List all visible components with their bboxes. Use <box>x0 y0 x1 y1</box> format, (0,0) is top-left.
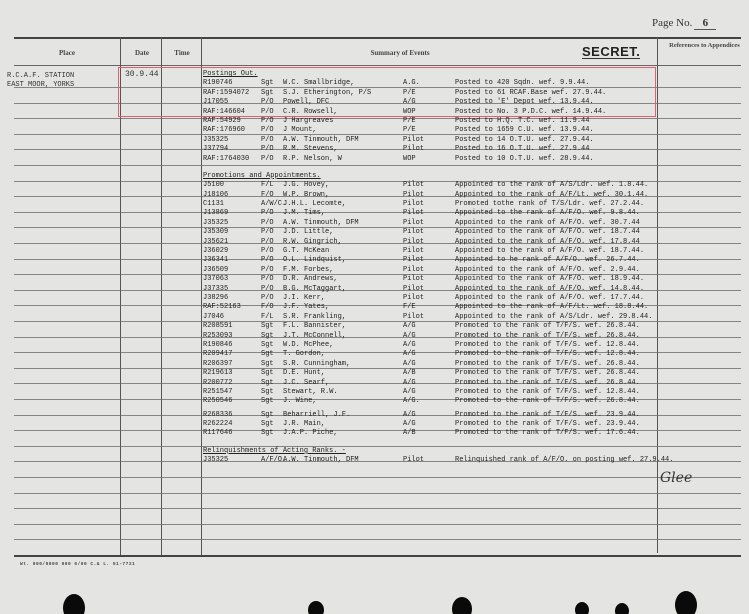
trade: P/E <box>403 117 416 126</box>
person-name: J Hargreaves <box>283 117 333 126</box>
person-name: J.F. Yates, <box>283 303 329 312</box>
rank: Sgt <box>261 379 274 388</box>
row-rule <box>14 508 741 509</box>
entry-row: J18106F/OW.P. Brown,PilotAppointed to th… <box>203 191 653 200</box>
binding-hole-3 <box>452 597 472 614</box>
event-text: Promoted to the rank of T/F/S. wef. 17.6… <box>455 429 640 438</box>
rank: P/O <box>261 256 274 265</box>
entry-row: R253093SgtJ.T. McConnell,A/GPromoted to … <box>203 332 653 341</box>
entry-row: J38296P/OJ.I. Kerr,PilotAppointed to the… <box>203 294 653 303</box>
entry-row: R250546SgtJ. Wine,A/G.Promoted to the ra… <box>203 397 653 406</box>
entry-row: J37794P/OR.M. Stevens,PilotPosted to 16 … <box>203 145 653 154</box>
trade: Pilot <box>403 136 424 145</box>
trade: A/B <box>403 369 416 378</box>
event-text: Promoted to the rank of T/F/S. wef. 26.8… <box>455 322 640 331</box>
secret-stamp: SECRET. <box>582 45 640 59</box>
column-header-time: Time <box>163 49 201 57</box>
event-text: Appointed to the rank of A/F/O. wef. 18.… <box>455 247 644 256</box>
trade: A/G <box>403 411 416 420</box>
war-diary-page: Page No.6 Place Date Time Summary of Eve… <box>0 0 749 614</box>
place-line-1: R.C.A.F. STATION <box>7 72 74 81</box>
service-number: J37794 <box>203 145 228 154</box>
rank: P/O <box>261 145 274 154</box>
service-number: J36509 <box>203 266 228 275</box>
service-number: J38296 <box>203 294 228 303</box>
trade: Pilot <box>403 228 424 237</box>
person-name: J.I. Kerr, <box>283 294 325 303</box>
person-name: J. Wine, <box>283 397 317 406</box>
person-name: A.W. Tinmouth, DFM <box>283 136 359 145</box>
person-name: R.M. Stevens, <box>283 145 338 154</box>
person-name: B.G. McTaggart, <box>283 285 346 294</box>
person-name: J.D. Little, <box>283 228 333 237</box>
row-rule <box>14 493 741 494</box>
place-line-2: EAST MOOR, YORKS <box>7 81 74 90</box>
event-text: Appointed to the rank of A/F/O. wef. 2.9… <box>455 266 640 275</box>
rank: P/O <box>261 228 274 237</box>
selection-highlight-box <box>118 67 656 117</box>
event-text: Appointed to he rank of A/F/O. wef. 26.7… <box>455 256 640 265</box>
service-number: RAF:1764030 <box>203 155 249 164</box>
event-text: Relinquished rank of A/F/O. on posting w… <box>455 456 673 465</box>
event-text: Appointed to the rank of A/F/O. wef. 30.… <box>455 219 640 228</box>
service-number: J35309 <box>203 228 228 237</box>
row-rule <box>14 477 741 478</box>
event-text: Appointed to the rank of A/F/O. wef. 17.… <box>455 294 644 303</box>
section-title-relinquishments: Relinquishments of Acting Ranks. - <box>203 447 653 456</box>
rank: Sgt <box>261 332 274 341</box>
page-number-value: 6 <box>694 17 716 30</box>
header-top-rule <box>14 37 741 39</box>
trade: Pilot <box>403 181 424 190</box>
entry-row: J13869P/OJ.M. Tims,PilotAppointed to the… <box>203 209 653 218</box>
section-title-promotions: Promotions and Appointments. <box>203 172 653 181</box>
rank: P/O <box>261 117 274 126</box>
service-number: R253093 <box>203 332 232 341</box>
rank: Sgt <box>261 369 274 378</box>
service-number: J36341 <box>203 256 228 265</box>
event-text: Appointed to the rank of A/F/Lt. wef. 30… <box>455 191 648 200</box>
person-name: J.M. Tims, <box>283 209 325 218</box>
service-number: J13869 <box>203 209 228 218</box>
person-name: G.T. McKean <box>283 247 329 256</box>
trade: A/G <box>403 341 416 350</box>
person-name: O.L. Lindquist, <box>283 256 346 265</box>
person-name: J.R. Main, <box>283 420 325 429</box>
trade: Pilot <box>403 200 424 209</box>
entry-row: J36341P/OO.L. Lindquist,PilotAppointed t… <box>203 256 653 265</box>
service-number: J35325 <box>203 136 228 145</box>
rank: P/O <box>261 209 274 218</box>
service-number: J5100 <box>203 181 224 190</box>
entry-row: J5100F/LJ.G. Hovey,PilotAppointed to the… <box>203 181 653 190</box>
entry-row: R262224SgtJ.R. Main,A/GPromoted to the r… <box>203 420 653 429</box>
rank: P/O <box>261 275 274 284</box>
rank: Sgt <box>261 411 274 420</box>
column-header-references: References to Appendices <box>662 42 747 50</box>
trade: A/G <box>403 379 416 388</box>
service-number: RAF:54929 <box>203 117 241 126</box>
rank: F/L <box>261 181 274 190</box>
person-name: D.E. Hunt, <box>283 369 325 378</box>
entry-row: R208591SgtF.L. Bannister,A/GPromoted to … <box>203 322 653 331</box>
service-number: RAF:176960 <box>203 126 245 135</box>
trade: A/G <box>403 420 416 429</box>
rank: Sgt <box>261 388 274 397</box>
entry-row: J35309P/OJ.D. Little,PilotAppointed to t… <box>203 228 653 237</box>
trade: Pilot <box>403 145 424 154</box>
person-name: R.P. Nelson, W <box>283 155 342 164</box>
entry-row: RAF:52163F/OJ.F. Yates,F/EAppointed to t… <box>203 303 653 312</box>
rank: P/O <box>261 247 274 256</box>
binding-hole-1 <box>63 594 85 614</box>
column-header-summary: Summary of Events <box>330 49 470 57</box>
trade: WOP <box>403 155 416 164</box>
row-rule <box>14 524 741 525</box>
service-number: R208591 <box>203 322 232 331</box>
spacer <box>203 164 653 172</box>
service-number: R209417 <box>203 350 232 359</box>
entry-row: R190846SgtW.D. McPhee,A/GPromoted to the… <box>203 341 653 350</box>
entry-row: R209417SgtT. Gordon,A/GPromoted to the r… <box>203 350 653 359</box>
rank: Sgt <box>261 360 274 369</box>
service-number: J36029 <box>203 247 228 256</box>
event-text: Promoted tothe rank of T/S/Ldr. wef. 27.… <box>455 200 644 209</box>
rank: P/O <box>261 285 274 294</box>
event-text: Appointed to the rank of A/F/O. wef. 18.… <box>455 228 640 237</box>
printer-imprint: Wt. 000/0000 000 0/00 C.& L. 51-7721 <box>20 562 135 567</box>
signature: Glee <box>660 470 692 486</box>
service-number: R262224 <box>203 420 232 429</box>
event-text: Posted to 1659 C.U. wef. 13.9.44. <box>455 126 594 135</box>
person-name: J.T. McConnell, <box>283 332 346 341</box>
person-name: R.W. Gingrich, <box>283 238 342 247</box>
footer-rule <box>14 555 741 557</box>
event-text: Promoted to the rank of T/F/S. wef. 12.8… <box>455 388 640 397</box>
spacer <box>203 439 653 447</box>
header-bottom-rule <box>14 65 741 66</box>
binding-hole-2 <box>308 601 324 614</box>
person-name: W.D. McPhee, <box>283 341 333 350</box>
event-text: Promoted to the rank of T/F/S. wef. 12.8… <box>455 350 640 359</box>
person-name: S.R. Cunningham, <box>283 360 350 369</box>
trade: Pilot <box>403 191 424 200</box>
trade: Pilot <box>403 313 424 322</box>
person-name: Stewart, R.W. <box>283 388 338 397</box>
rank: F/O <box>261 191 274 200</box>
person-name: A.W. Tinmouth, DFM <box>283 456 359 465</box>
rank: Sgt <box>261 341 274 350</box>
entry-row: J35325P/OA.W. Tinmouth, DFMPilotPosted t… <box>203 136 653 145</box>
trade: A/G <box>403 332 416 341</box>
service-number: J37063 <box>203 275 228 284</box>
rank: Sgt <box>261 322 274 331</box>
trade: A/G <box>403 360 416 369</box>
trade: Pilot <box>403 456 424 465</box>
trade: Pilot <box>403 238 424 247</box>
trade: P/E <box>403 126 416 135</box>
entry-row: R200772SgtJ.C. Searf,A/GPromoted to the … <box>203 379 653 388</box>
trade: A/G <box>403 350 416 359</box>
summary-of-events: Postings Out. R190746SgtW.C. Smallbridge… <box>203 70 653 466</box>
entry-row: R251547SgtStewart, R.W.A/GPromoted to th… <box>203 388 653 397</box>
service-number: C1131 <box>203 200 224 209</box>
rank: Sgt <box>261 350 274 359</box>
rank: P/O <box>261 155 274 164</box>
trade: Pilot <box>403 275 424 284</box>
event-text: Posted to H.Q. T.C. wef. 11.9.44 <box>455 117 589 126</box>
entry-row: R117646SgtJ.A.P. Piche,A/BPromoted to th… <box>203 429 653 438</box>
service-number: R206397 <box>203 360 232 369</box>
rank: P/O <box>261 219 274 228</box>
trade: Pilot <box>403 294 424 303</box>
event-text: Posted to 10 O.T.U. wef. 28.9.44. <box>455 155 594 164</box>
service-number: R268336 <box>203 411 232 420</box>
person-name: J.G. Hovey, <box>283 181 329 190</box>
event-text: Promoted to the rank of T/F/S. wef. 26.8… <box>455 369 640 378</box>
event-text: Promoted to the rank of T/F/S. wef. 23.9… <box>455 411 640 420</box>
entry-row: RAF:1764030P/OR.P. Nelson, WWOPPosted to… <box>203 155 653 164</box>
service-number: J37335 <box>203 285 228 294</box>
person-name: W.P. Brown, <box>283 191 329 200</box>
rank: F/L <box>261 313 274 322</box>
event-text: Appointed to the rank of A/F/Lt. wef. 18… <box>455 303 648 312</box>
person-name: F.M. Forbes, <box>283 266 333 275</box>
entry-row: J35325P/OA.W. Tinmouth, DFMPilotAppointe… <box>203 219 653 228</box>
entry-row: J37063P/OD.R. Andrews,PilotAppointed to … <box>203 275 653 284</box>
entry-row: R206397SgtS.R. Cunningham,A/GPromoted to… <box>203 360 653 369</box>
person-name: T. Gordon, <box>283 350 325 359</box>
service-number: J35621 <box>203 238 228 247</box>
rank: Sgt <box>261 429 274 438</box>
entry-row: J37335P/OB.G. McTaggart,PilotAppointed t… <box>203 285 653 294</box>
event-text: Appointed to the rank of A/F/O. wef. 9.8… <box>455 209 640 218</box>
person-name: F.L. Bannister, <box>283 322 346 331</box>
entry-row: J7046F/LS.R. Frankling,PilotAppointed to… <box>203 313 653 322</box>
rank: P/O <box>261 266 274 275</box>
entry-row: J35621P/OR.W. Gingrich,PilotAppointed to… <box>203 238 653 247</box>
event-text: Appointed to the rank of A/F/O. wef. 18.… <box>455 275 644 284</box>
service-number: RAF:52163 <box>203 303 241 312</box>
page-number: Page No.6 <box>652 17 716 30</box>
service-number: J35325 <box>203 219 228 228</box>
event-text: Appointed to the rank of A/S/Ldr. wef. 1… <box>455 181 648 190</box>
event-text: Promoted to the rank of T/F/S. wef. 23.9… <box>455 420 640 429</box>
trade: A/G. <box>403 397 420 406</box>
place-cell: R.C.A.F. STATION EAST MOOR, YORKS <box>7 72 74 90</box>
entry-row: RAF:54929P/OJ HargreavesP/EPosted to H.Q… <box>203 117 653 126</box>
person-name: D.R. Andrews, <box>283 275 338 284</box>
trade: Pilot <box>403 219 424 228</box>
entry-row: C1131A/W/C.J.H.L. Lecomte,PilotPromoted … <box>203 200 653 209</box>
trade: Pilot <box>403 285 424 294</box>
trade: Pilot <box>403 256 424 265</box>
person-name: J.C. Searf, <box>283 379 329 388</box>
event-text: Promoted to the rank of T/F/S. wef. 26.8… <box>455 332 640 341</box>
rank: P/O <box>261 136 274 145</box>
event-text: Promoted to the rank of T/F/S. wef. 12.8… <box>455 341 640 350</box>
entry-row: J36029P/OG.T. McKeanPilotAppointed to th… <box>203 247 653 256</box>
trade: Pilot <box>403 209 424 218</box>
event-text: Promoted to the rank of T/F/S. wef. 26.8… <box>455 360 640 369</box>
rank: Sgt <box>261 420 274 429</box>
column-divider-summary-refs <box>657 37 658 553</box>
trade: A/G <box>403 322 416 331</box>
person-name: A.W. Tinmouth, DFM <box>283 219 359 228</box>
event-text: Posted to 14 O.T.U. wef. 27.9.44. <box>455 136 594 145</box>
rank: P/O <box>261 126 274 135</box>
person-name: Beharriell, J.F. <box>283 411 350 420</box>
event-text: Appointed to the rank of A/F/O. wef. 17.… <box>455 238 640 247</box>
event-text: Appointed to the rank of A/F/O. wef. 14.… <box>455 285 644 294</box>
service-number: R117646 <box>203 429 232 438</box>
column-header-place: Place <box>14 49 120 57</box>
event-text: Promoted to the rank of T/F/S. wef. 26.8… <box>455 379 640 388</box>
entry-row: J35325A/F/O.A.W. Tinmouth, DFMPilotRelin… <box>203 456 653 465</box>
service-number: J35325 <box>203 456 228 465</box>
promotions-list: J5100F/LJ.G. Hovey,PilotAppointed to the… <box>203 181 653 439</box>
binding-hole-6 <box>675 591 697 614</box>
service-number: R200772 <box>203 379 232 388</box>
binding-hole-5 <box>615 603 629 614</box>
rank: P/O <box>261 294 274 303</box>
service-number: R250546 <box>203 397 232 406</box>
service-number: R251547 <box>203 388 232 397</box>
rank: Sgt <box>261 397 274 406</box>
rank: P/O <box>261 238 274 247</box>
event-text: Promoted to the rank of T/F/S. wef. 26.8… <box>455 397 640 406</box>
trade: F/E <box>403 303 416 312</box>
person-name: J Mount, <box>283 126 317 135</box>
entry-row: RAF:176960P/OJ Mount,P/EPosted to 1659 C… <box>203 126 653 135</box>
relinquishments-list: J35325A/F/O.A.W. Tinmouth, DFMPilotRelin… <box>203 456 653 465</box>
service-number: J18106 <box>203 191 228 200</box>
binding-hole-4 <box>575 602 589 614</box>
service-number: R190846 <box>203 341 232 350</box>
entry-row: R219613SgtD.E. Hunt,A/BPromoted to the r… <box>203 369 653 378</box>
trade: A/B <box>403 429 416 438</box>
trade: Pilot <box>403 247 424 256</box>
person-name: J.A.P. Piche, <box>283 429 338 438</box>
rank: F/O <box>261 303 274 312</box>
trade: A/G <box>403 388 416 397</box>
column-header-date: Date <box>122 49 162 57</box>
service-number: R219613 <box>203 369 232 378</box>
row-rule <box>14 539 741 540</box>
entry-row: R268336SgtBeharriell, J.F.A/GPromoted to… <box>203 411 653 420</box>
service-number: J7046 <box>203 313 224 322</box>
entry-row: J36509P/OF.M. Forbes,PilotAppointed to t… <box>203 266 653 275</box>
page-number-label: Page No. <box>652 17 692 29</box>
person-name: J.H.L. Lecomte, <box>283 200 346 209</box>
event-text: Appointed to the rank of A/S/Ldr. wef. 2… <box>455 313 652 322</box>
person-name: S.R. Frankling, <box>283 313 346 322</box>
trade: Pilot <box>403 266 424 275</box>
event-text: Posted to 16 O.T.U. wef. 27.9.44 <box>455 145 589 154</box>
